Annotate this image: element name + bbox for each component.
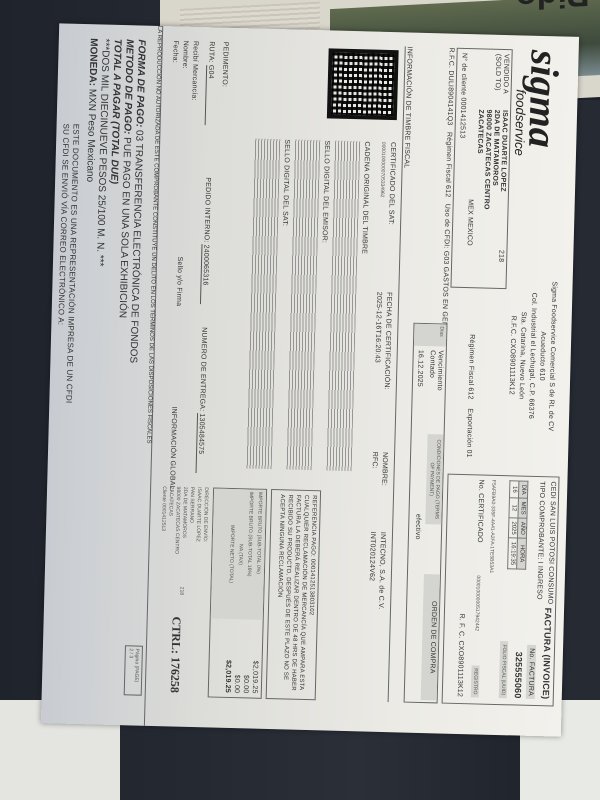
hour-header: HORA	[517, 538, 527, 569]
sat-cert-label: CERTIFICADO DEL SAT:	[387, 142, 396, 225]
due-date: 16.12.2025	[416, 350, 424, 387]
totals-values: $2,019.25 $0.00 $0.00 $2,019.25	[223, 660, 260, 694]
totals-labels: IMPORTE BRUTO (SUB-TOTAL 0%) IMPORTE BRU…	[211, 489, 266, 620]
control-number: CTRL: 176258	[167, 616, 184, 693]
pac-rfc-value: INT020124V62	[368, 532, 376, 582]
internal-order-value: 2400065316	[200, 245, 210, 305]
year-value: 2025	[508, 518, 518, 539]
brand-logo: sigma foodservice	[512, 49, 569, 157]
pedimento-label: PEDIMENTO:	[221, 42, 229, 88]
folio-value: F5AFB9A0-335F-4A41-A2FA-1TE5B53A1	[488, 480, 496, 574]
claims-notice: CUALQUIER RECLAMACIÓN DE MERCANCÍA QUE A…	[273, 494, 310, 695]
date-grid: DÍA MES AÑO HORA 16 12 2025 16:19:35	[507, 480, 528, 569]
invoice-number: 325555060	[513, 652, 524, 699]
customer-code: 218	[497, 250, 504, 262]
invoice-paper: sigma foodservice Sigma Foodservice Come…	[41, 23, 579, 736]
folio-label: FOLIO FISCAL (UUID)	[499, 641, 508, 698]
cert-date-label: FECHA DE CERTIFICACIÓN:	[383, 292, 393, 390]
customer-rfc: R.F.C. DULI8904141Q3	[446, 47, 455, 125]
hour-value: 16:19:35	[508, 538, 518, 569]
internal-order-line: PEDIDO INTERNO: 2400065316	[200, 177, 211, 305]
day-value: 16	[509, 481, 518, 498]
certificado-value: 00001000000517942442	[473, 575, 480, 631]
info-global: INFORMACIÓN GLOBAL:	[168, 406, 177, 492]
subtotal-0-value: $2,019.25	[250, 661, 260, 694]
payment-form-label: FORMA DE PAGO:	[134, 39, 147, 127]
total-value: $2,019.25	[223, 660, 233, 693]
invoice-no-label: No. FACTURA	[526, 645, 536, 699]
delivery-number-value: 1305484575	[196, 413, 206, 473]
customer-address: ISAAC DUARTE LOPEZ 2DA DE MATAMOROS 9800…	[474, 109, 509, 210]
cert-date-value: 2025-12-16T16:20:43	[373, 292, 382, 363]
month-value: 12	[509, 498, 519, 518]
cadena-label: CADENA ORIGINAL DEL TIMBRE	[360, 141, 370, 254]
sat-cert-value: 00001000000705334962	[379, 142, 386, 198]
internal-order-label: PEDIDO INTERNO:	[203, 177, 212, 242]
sello-sat-text	[246, 138, 281, 469]
year-header: AÑO	[517, 518, 527, 539]
sello-emisor-label: SELLO DIGITAL DEL EMISOR:	[321, 140, 331, 243]
invoice-box: CEDI SAN LUIS POTOSI CONSUMO FACTURA (IN…	[442, 474, 560, 707]
issuer-regimen: Régimen Fiscal 612	[467, 334, 476, 400]
issuer-info: Sigma Foodservice Comercial S de RL de C…	[504, 265, 559, 446]
due-label: Vencimiento Contado	[426, 350, 444, 420]
terms-box: Días Vencimiento Contado 16.12.2025 COND…	[404, 323, 448, 704]
certificado-label: No. CERTIFICADO	[476, 479, 485, 542]
shipping-code: 218	[178, 587, 184, 595]
route-line: RUTA: G04	[205, 41, 215, 125]
qr-code	[327, 48, 399, 120]
pac-name-label: NOMBRE:	[380, 452, 388, 486]
pac-rfc-label: RFC:	[371, 452, 378, 469]
subtotal-16-value: $0.00	[241, 660, 251, 693]
iva-value: $0.00	[232, 660, 242, 693]
route-value: G04	[205, 65, 215, 125]
days-label: Días	[414, 324, 447, 347]
customer-regimen: Régimen Fiscal 612	[444, 132, 453, 198]
delivery-number-line: NUMERO DE ENTREGA: 1305484575	[196, 327, 208, 473]
sold-to-label: VENDIDO A (SOLD TO)	[492, 54, 509, 104]
payment-summary: FORMA DE PAGO: 03 TRANSFERENCIA ELECTRÓN…	[78, 38, 146, 363]
pac-name-value: INTECNO, S.A. de C.V.	[377, 532, 386, 610]
ctrl-label: CTRL:	[169, 616, 184, 654]
day-header: DÍA	[518, 481, 527, 498]
claims-box: REFERENCIA PAGO: 0001412513803102 CUALQU…	[266, 489, 321, 700]
currency-label: MONEDA:	[87, 38, 99, 86]
sello-emisor-text	[286, 140, 321, 471]
route-label: RUTA:	[207, 41, 215, 63]
invoice-document: sigma foodservice Sigma Foodservice Come…	[41, 23, 579, 736]
reference-label: REFERENCIA PAGO:	[309, 495, 317, 557]
shipping-address: DIRECCIÓN DE ENVÍO: ISAAC DUARTE LOPEZ P…	[157, 486, 209, 617]
customer-box: VENDIDO A (SOLD TO) ISAAC DUARTE LOPEZ 2…	[450, 48, 512, 289]
issuer-fiscal: Régimen Fiscal 612 Exportación 01	[465, 334, 475, 458]
totals-box: IMPORTE BRUTO (SUB-TOTAL 0%) IMPORTE BRU…	[208, 488, 267, 699]
brand-sub: foodservice	[512, 89, 529, 156]
cfdi-notice: ESTE DOCUMENTO ES UNA REPRESENTACIÓN IMP…	[53, 123, 80, 403]
cadena-text	[326, 141, 361, 472]
ctrl-value: 176258	[168, 657, 183, 693]
payment-terms-value: efectivo	[414, 514, 422, 540]
delivery-number-label: NUMERO DE ENTREGA:	[198, 327, 207, 411]
reference-value: 0001412513803102	[308, 559, 315, 616]
registro-label: REGISTRO	[471, 665, 480, 697]
purchase-order-label: ORDEN DE COMPRA	[421, 574, 440, 700]
issuer-exportacion: Exportación 01	[465, 408, 473, 458]
payment-terms-label: CONDICIONES DE PAGO (TERMS OF PAYMENT)	[425, 434, 443, 524]
receiver-name-label: Nombre:	[181, 41, 189, 69]
receive-date-label: Fecha:	[171, 40, 179, 63]
customer-number: N° de cliente 0001412513	[458, 53, 467, 139]
month-header: MES	[518, 498, 528, 518]
received-label: Recibí Mercancía:	[190, 41, 199, 101]
signature-label: Sello y/o Firma	[175, 256, 183, 306]
registro-value: R. F. C. CXO8901113K12	[456, 613, 465, 697]
sello-sat-label: SELLO DIGITAL DEL SAT:	[281, 139, 290, 226]
customer-country: MEX MEXICO	[466, 199, 474, 246]
